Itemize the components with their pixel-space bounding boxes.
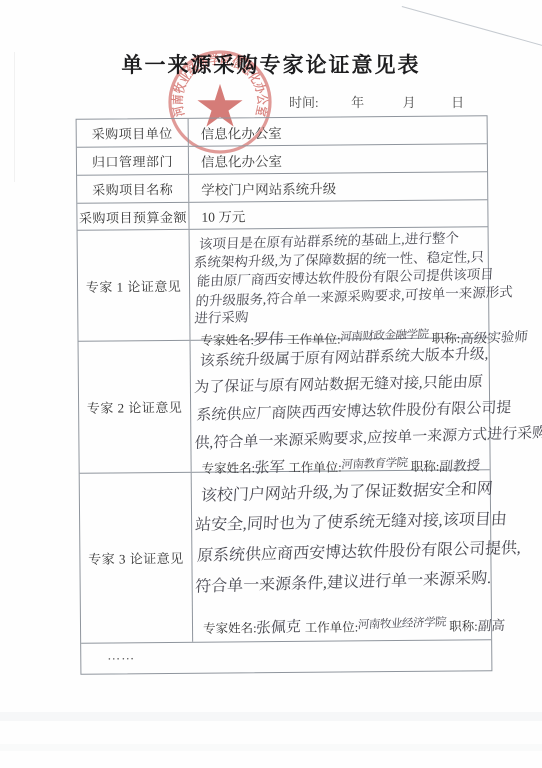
- handwritten-opinion: 该项目是在原有站群系统的基础上,进行整个 系统架构升级,为了保障数据的统一性、稳…: [194, 227, 542, 328]
- expert-2-row: 专家 2 论证意见 该系统升级属于原有网站群系统大版本升级, 为了保证与原有网站…: [79, 337, 490, 473]
- expert-unit-handwritten: 河南牧业经济学院: [357, 613, 447, 632]
- expert-unit-handwritten: 河南教育学院: [341, 454, 409, 472]
- opinion-table: 采购项目单位 信息化办公室 归口管理部门 信息化办公室 采购项目名称 学校门户网…: [76, 115, 493, 675]
- expert-2-opinion-cell: 该系统升级属于原有网站群系统大版本升级, 为了保证与原有网站数据无缝对接,只能由…: [191, 338, 531, 472]
- handwritten-opinion: 该系统升级属于原有网站群系统大版本升级, 为了保证与原有网站数据无缝对接,只能由…: [194, 340, 542, 457]
- row-label: 专家 1 论证意见: [78, 230, 191, 341]
- expert-3-opinion-cell: 该校门户网站升级,为了保证数据安全和网 站安全,同时也为了使系统无缝对接,该项目…: [192, 470, 505, 642]
- time-label: 时间:: [289, 95, 319, 110]
- unit-label: 工作单位:: [305, 620, 359, 634]
- row-value: 信息化办公室: [189, 144, 487, 174]
- row-value: 学校门户网站系统升级: [189, 172, 487, 202]
- table-row: 采购项目名称 学校门户网站系统升级: [77, 171, 487, 203]
- scan-edge-artifact: [402, 6, 542, 47]
- expert-1-row: 专家 1 论证意见 该项目是在原有站群系统的基础上,进行整个 系统架构升级,为了…: [78, 226, 489, 341]
- opinion-line: 站安全,同时也为了使系统无缝对接,该项目由: [194, 505, 522, 541]
- title-label: 职称:: [449, 619, 478, 633]
- expert-unit-handwritten: 河南财政金融学院: [340, 325, 430, 344]
- table-row: 采购项目预算金额 10 万元: [77, 199, 487, 230]
- month-label: 月: [403, 95, 416, 110]
- row-label: 专家 2 论证意见: [79, 341, 192, 473]
- expert-title-handwritten: 副高: [477, 614, 506, 635]
- row-label: 采购项目名称: [77, 175, 189, 203]
- row-label: 采购项目单位: [77, 119, 189, 147]
- row-label: 采购项目预算金额: [77, 203, 189, 230]
- row-value: 10 万元: [189, 200, 487, 229]
- table-row: 采购项目单位 信息化办公室: [77, 116, 487, 147]
- expert-name-handwritten: 张军: [254, 456, 286, 478]
- scan-shadow-band: [0, 712, 542, 721]
- day-label: 日: [451, 95, 464, 110]
- name-label: 专家姓名:: [203, 621, 257, 635]
- expert-title-handwritten: 副教授: [438, 454, 480, 475]
- row-label: 归口管理部门: [77, 147, 189, 175]
- row-label: 专家 3 论证意见: [80, 473, 193, 643]
- expert-1-opinion-cell: 该项目是在原有站群系统的基础上,进行整个 系统架构升级,为了保障数据的统一性、稳…: [190, 227, 528, 340]
- expert-name-handwritten: 张佩克: [256, 615, 303, 638]
- table-row: 归口管理部门 信息化办公室: [77, 143, 487, 175]
- row-value: 信息化办公室: [189, 116, 487, 146]
- expert-signature-line: 专家姓名:张佩克 工作单位:河南牧业经济学院 职称:副高: [203, 614, 505, 638]
- ellipsis-row: ……: [81, 639, 491, 674]
- handwritten-opinion: 该校门户网站升级,为了保证数据安全和网 站安全,同时也为了使系统无缝对接,该项目…: [194, 474, 527, 602]
- scanned-document-page: 单一来源采购专家论证意见表 时间: 年 月 日 河南牧业经济学院信息化办公室 采…: [0, 0, 542, 768]
- year-label: 年: [351, 95, 364, 110]
- ellipsis-text: ……: [81, 640, 491, 674]
- date-line: 时间: 年 月 日: [289, 92, 464, 111]
- scan-shadow-band: [0, 744, 542, 751]
- expert-3-row: 专家 3 论证意见 该校门户网站升级,为了保证数据安全和网 站安全,同时也为了使…: [80, 469, 491, 643]
